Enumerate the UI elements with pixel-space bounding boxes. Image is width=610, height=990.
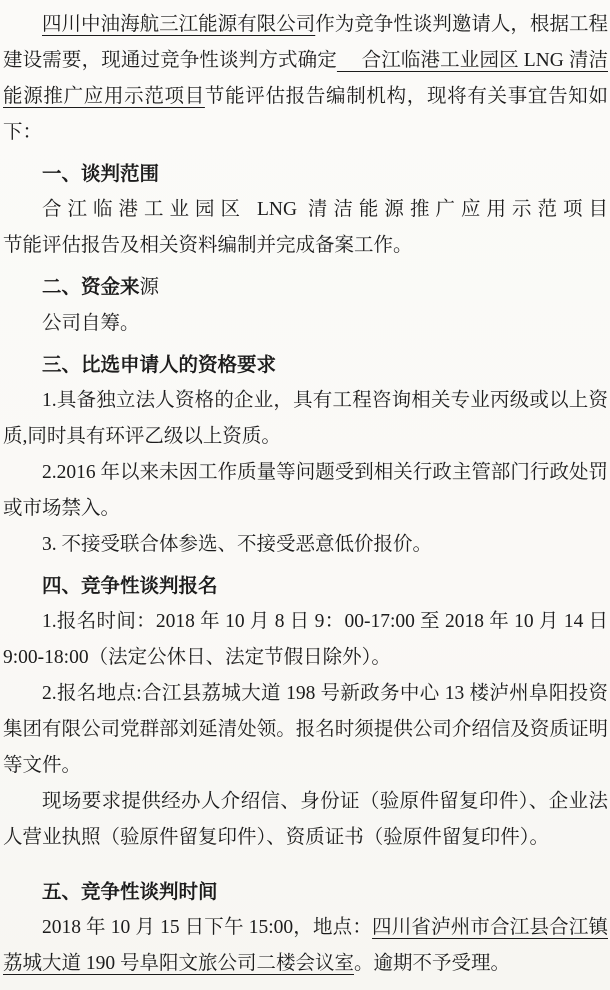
section-2-heading-tail: 源 xyxy=(140,277,160,298)
funding-paragraph: 公司自筹。 xyxy=(3,306,608,342)
negotiation-time-tail: 。逾期不予受理。 xyxy=(354,953,510,974)
registration-time-paragraph: 1.报名时间：2018 年 10 月 8 日 9：00-17:00 至 2018… xyxy=(3,604,608,676)
section-3-heading: 三、比选申请人的资格要求 xyxy=(3,347,608,383)
qualification-item-1: 1.具备独立法人资格的企业，具有工程咨询相关专业丙级或以上资质,同时具有环评乙级… xyxy=(3,383,608,455)
section-5-heading: 五、竞争性谈判时间 xyxy=(3,874,608,910)
scope-line-2: 节能评估报告及相关资料编制并完成备案工作。 xyxy=(3,228,608,264)
scope-line-1: 合江临港工业园区 LNG 清洁能源推广应用示范项目 xyxy=(3,192,608,228)
intro-paragraph: 四川中油海航三江能源有限公司作为竞争性谈判邀请人，根据工程建设需要，现通过竞争性… xyxy=(3,7,608,151)
registration-place-paragraph: 2.报名地点:合江县荔城大道 198 号新政务中心 13 楼泸州阜阳投资集团有限… xyxy=(3,676,608,784)
onsite-requirements-paragraph: 现场要求提供经办人介绍信、身份证（验原件留复印件）、企业法人营业执照（验原件留复… xyxy=(3,784,608,856)
section-1-heading: 一、谈判范围 xyxy=(3,156,608,192)
inviter-company-underlined: 四川中油海航三江能源有限公司 xyxy=(42,14,315,35)
section-4-heading: 四、竞争性谈判报名 xyxy=(3,568,608,604)
negotiation-time-lead: 2018 年 10 月 15 日下午 15:00，地点： xyxy=(42,917,372,938)
section-2-heading: 二、资金来源 xyxy=(3,269,608,306)
qualification-item-3: 3. 不接受联合体参选、不接受恶意低价报价。 xyxy=(3,527,608,563)
section-2-heading-bold: 二、资金来 xyxy=(42,276,140,298)
negotiation-time-paragraph: 2018 年 10 月 15 日下午 15:00，地点：四川省泸州市合江县合江镇… xyxy=(3,910,608,982)
document-page: 四川中油海航三江能源有限公司作为竞争性谈判邀请人，根据工程建设需要，现通过竞争性… xyxy=(0,0,610,990)
qualification-item-2: 2.2016 年以来未因工作质量等问题受到相关行政主管部门行政处罚或市场禁入。 xyxy=(3,455,608,527)
scope-paragraph: 合江临港工业园区 LNG 清洁能源推广应用示范项目节能评估报告及相关资料编制并完… xyxy=(3,192,608,264)
